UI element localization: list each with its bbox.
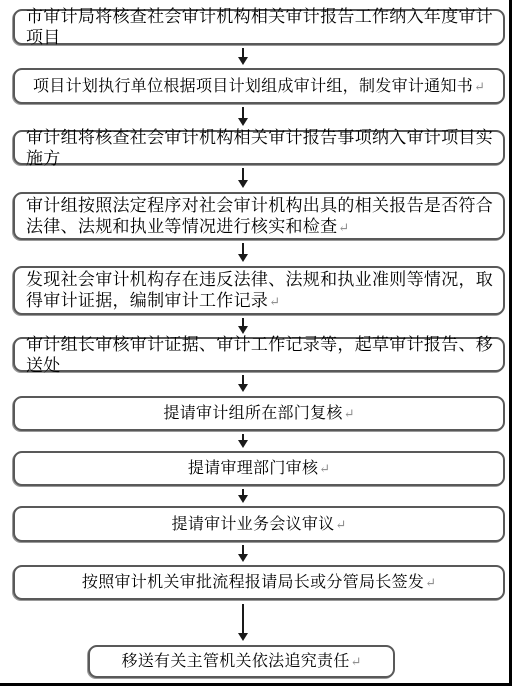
return-mark: ↵ xyxy=(335,517,347,532)
down-arrow xyxy=(238,545,248,562)
return-mark: ↵ xyxy=(473,79,485,94)
down-arrow xyxy=(238,107,248,126)
flow-step-1-label: 市审计局将核查社会审计机构相关审计报告工作纳入年度审计项目 xyxy=(26,6,497,48)
flow-step-10: 按照审计机关审批流程报请局长或分管局长签发↵ xyxy=(13,565,505,600)
flow-step-8: 提请审理部门审核↵ xyxy=(13,451,505,486)
document-page: 市审计局将核查社会审计机构相关审计报告工作纳入年度审计项目 项目计划执行单位根据… xyxy=(0,0,512,686)
flow-step-5: 发现社会审计机构存在违反法律、法规和执业准则等情况，取得审计证据，编制审计工作记… xyxy=(13,266,505,315)
flow-step-3-label: 审计组将核查社会审计机构相关审计报告事项纳入审计项目实施方 xyxy=(26,127,497,169)
flow-step-4-label: 审计组按照法定程序对社会审计机构出具的相关报告是否符合法律、法规和执业等情况进行… xyxy=(26,196,493,236)
arrow-head-icon xyxy=(238,554,248,562)
arrow-head-icon xyxy=(238,57,248,65)
arrow-head-icon xyxy=(238,118,248,126)
flow-step-2: 项目计划执行单位根据项目计划组成审计组，制发审计通知书↵ xyxy=(13,68,505,104)
flow-step-11: 移送有关主管机关依法追究责任↵ xyxy=(88,645,395,678)
arrow-head-icon xyxy=(238,495,248,503)
flow-step-1: 市审计局将核查社会审计机构相关审计报告工作纳入年度审计项目 xyxy=(13,9,505,45)
flow-step-7-label: 提请审计组所在部门复核 xyxy=(163,405,342,422)
arrow-line xyxy=(242,604,244,634)
flow-step-9: 提请审计业务会议审议↵ xyxy=(13,506,505,542)
arrow-head-icon xyxy=(238,180,248,188)
flow-step-3: 审计组将核查社会审计机构相关审计报告事项纳入审计项目实施方 xyxy=(13,130,505,165)
return-mark: ↵ xyxy=(350,654,362,669)
down-arrow xyxy=(238,168,248,188)
return-mark: ↵ xyxy=(343,406,355,421)
flow-step-10-label: 按照审计机关审批流程报请局长或分管局长签发 xyxy=(82,574,424,591)
flow-step-6: 审计组长审核审计证据、审计工作记录等，起草审计报告、移送处 xyxy=(13,337,505,372)
flow-step-9-label: 提请审计业务会议审议 xyxy=(172,516,335,533)
down-arrow xyxy=(238,48,248,65)
flow-step-8-label: 提请审理部门审核 xyxy=(188,460,318,477)
return-mark: ↵ xyxy=(318,461,330,476)
flow-step-5-label: 发现社会审计机构存在违反法律、法规和执业准则等情况，取得审计证据，编制审计工作记… xyxy=(26,270,493,310)
down-arrow xyxy=(238,318,248,334)
down-arrow xyxy=(238,434,248,448)
down-arrow xyxy=(238,489,248,503)
return-mark: ↵ xyxy=(337,220,349,235)
flow-step-2-label: 项目计划执行单位根据项目计划组成审计组，制发审计通知书 xyxy=(33,78,473,95)
return-mark: ↵ xyxy=(424,575,436,590)
arrow-head-icon xyxy=(238,384,248,392)
flow-step-7: 提请审计组所在部门复核↵ xyxy=(13,396,505,431)
arrow-head-icon xyxy=(238,440,248,448)
flow-step-11-label: 移送有关主管机关依法追究责任 xyxy=(121,653,349,670)
down-arrow xyxy=(238,604,248,641)
arrow-head-icon xyxy=(238,633,248,641)
return-mark: ↵ xyxy=(268,294,280,309)
flow-step-4: 审计组按照法定程序对社会审计机构出具的相关报告是否符合法律、法规和执业等情况进行… xyxy=(13,192,505,240)
down-arrow xyxy=(238,243,248,262)
arrow-head-icon xyxy=(238,254,248,262)
down-arrow xyxy=(238,375,248,392)
flow-step-6-label: 审计组长审核审计证据、审计工作记录等，起草审计报告、移送处 xyxy=(26,334,497,376)
